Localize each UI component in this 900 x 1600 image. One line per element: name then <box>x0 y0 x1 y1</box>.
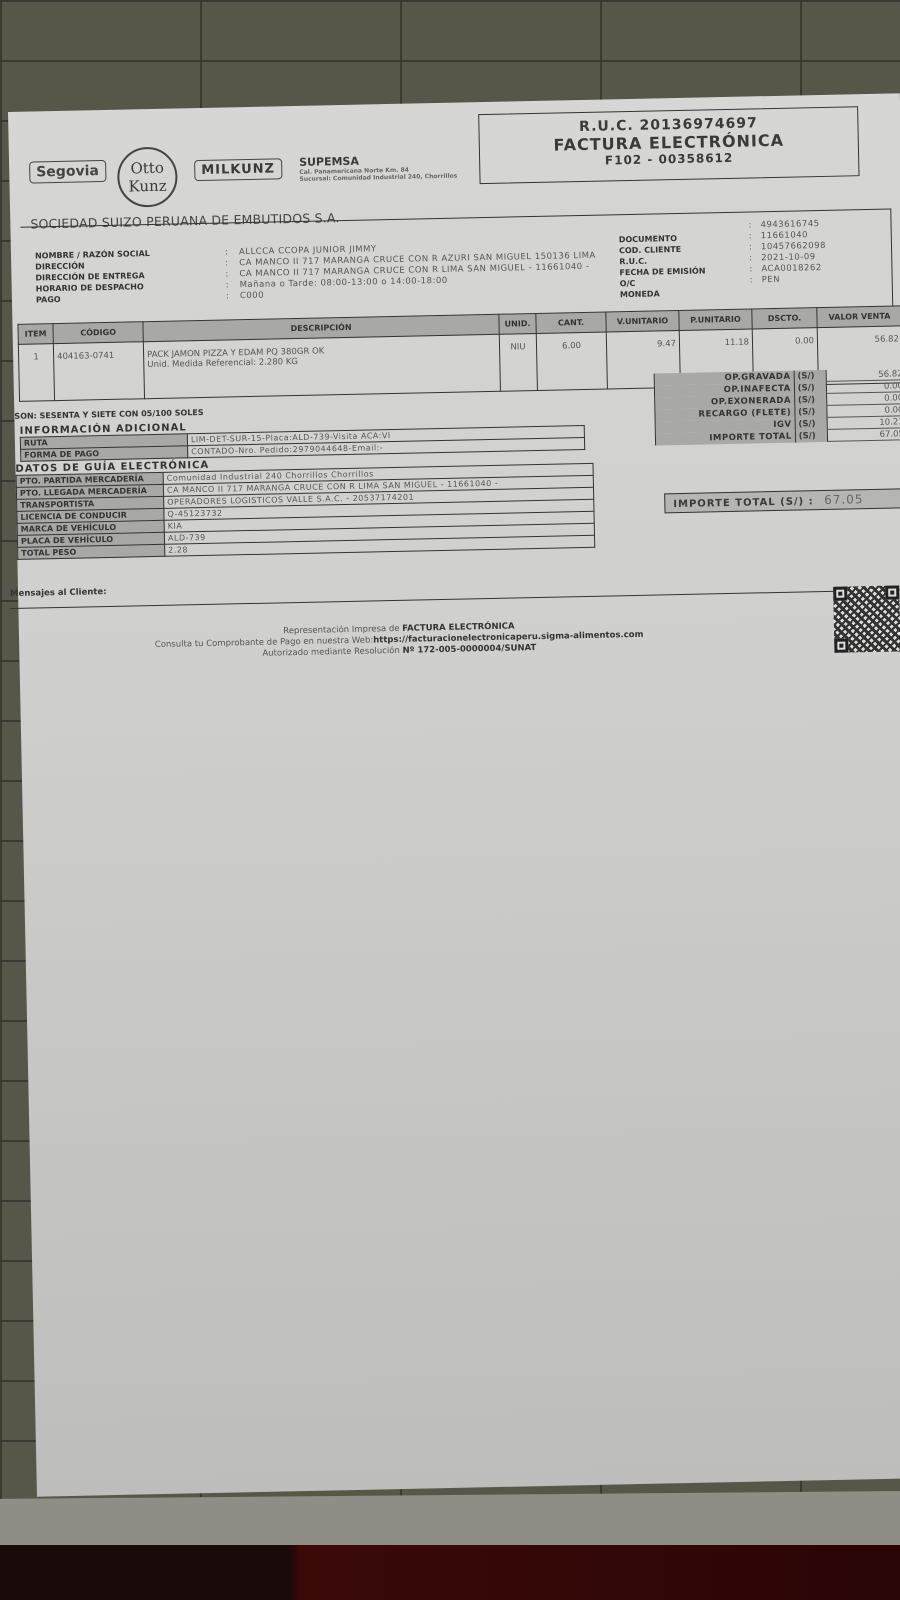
ruc-box: R.U.C. 20136974697 FACTURA ELECTRÓNICA F… <box>478 106 859 184</box>
cell-descripcion: PACK JAMON PIZZA Y EDAM PQ 380GR OK Unid… <box>143 334 500 398</box>
col-valor-venta: VALOR VENTA <box>817 306 900 328</box>
footer-resolution: Nº 172-005-0000004/SUNAT <box>402 643 536 656</box>
mensajes-label: Mensajes al Cliente: <box>10 587 107 599</box>
footer-line-3-text: Autorizado mediante Resolución <box>262 646 402 659</box>
guia-table: PTO. PARTIDA MERCADERÍAComunidad Industr… <box>16 463 596 560</box>
qr-finder <box>885 585 899 599</box>
separator: : <box>749 253 761 264</box>
separator: : <box>749 264 761 275</box>
col-v-unitario: V.UNITARIO <box>606 310 679 332</box>
divider-line <box>10 589 900 609</box>
client-field-value: 4943616745 <box>760 219 819 231</box>
separator: : <box>225 269 239 280</box>
totals-currency: (S/) <box>794 381 826 394</box>
totals-currency: (S/) <box>794 370 826 382</box>
qr-finder <box>833 587 847 601</box>
otto-text: Otto <box>119 159 175 178</box>
separator: : <box>226 280 240 291</box>
client-field-value: C000 <box>240 291 264 303</box>
grand-total-box: IMPORTE TOTAL (S/) : 67.05 <box>664 488 900 513</box>
client-field-label: MONEDA <box>620 288 750 291</box>
guia-section: DATOS DE GUÍA ELECTRÓNICA PTO. PARTIDA M… <box>15 452 595 560</box>
otto-kunz-logo: Otto Kunz <box>117 146 178 207</box>
row-label: FORMA DE PAGO <box>21 446 188 461</box>
totals-currency: (S/) <box>795 417 827 430</box>
cell-codigo: 404163-0741 <box>53 342 144 401</box>
grand-total-value: 67.05 <box>824 492 864 507</box>
qr-finder <box>834 639 848 653</box>
client-field-value: PEN <box>762 275 781 286</box>
amount-in-words: SON: SESENTA Y SIETE CON 05/100 SOLES <box>14 408 203 421</box>
totals-currency: (S/) <box>794 393 826 406</box>
grand-total-label: IMPORTE TOTAL (S/) : <box>673 496 814 510</box>
invoice-document: Segovia Otto Kunz MILKUNZ SUPEMSA Cal. P… <box>8 93 900 1496</box>
totals-label: IMPORTE TOTAL <box>655 430 795 445</box>
cell-cant: 6.00 <box>536 332 607 390</box>
supemsa-block: SUPEMSA Cal. Panamericana Norte Km. 84 S… <box>299 153 457 183</box>
separator: : <box>749 242 761 253</box>
col-p-unitario: P.UNITARIO <box>679 309 752 331</box>
totals-currency: (S/) <box>795 429 827 442</box>
cell-unid: NIU <box>499 333 537 391</box>
totals-table: OP.GRAVADA(S/)56.82OP.INAFECTA(S/)0.00OP… <box>654 368 900 445</box>
table-surface <box>0 1545 900 1600</box>
segovia-logo: Segovia <box>29 160 106 184</box>
separator: : <box>226 291 240 302</box>
separator: : <box>225 258 239 269</box>
totals-currency: (S/) <box>795 405 827 418</box>
totals-value: 67.05 <box>827 428 900 442</box>
client-right-fields: DOCUMENTO:4943616745COD. CLIENTE:1166104… <box>618 219 826 289</box>
col-item: ITEM <box>18 324 53 345</box>
client-left-fields: NOMBRE / RAZÓN SOCIAL:ALLCCA CCOPA JUNIO… <box>35 240 597 307</box>
qr-code-icon <box>833 585 900 652</box>
footer-text: Representación Impresa de FACTURA ELECTR… <box>79 617 720 663</box>
col-codigo: CÓDIGO <box>53 322 143 344</box>
cell-item: 1 <box>18 344 54 402</box>
milkunz-logo: MILKUNZ <box>194 158 282 181</box>
kunz-text: Kunz <box>119 177 175 196</box>
separator: : <box>225 247 239 258</box>
col-dscto: DSCTO. <box>752 308 817 329</box>
separator: : <box>749 231 761 242</box>
separator: : <box>750 275 762 286</box>
col-unid: UNID. <box>499 313 536 334</box>
client-field-value: ACA0018262 <box>761 263 821 275</box>
col-cant: CANT. <box>536 312 606 333</box>
row-label: TOTAL PESO <box>18 544 165 559</box>
separator: : <box>748 220 760 231</box>
client-field-value: 10457662098 <box>761 241 826 253</box>
